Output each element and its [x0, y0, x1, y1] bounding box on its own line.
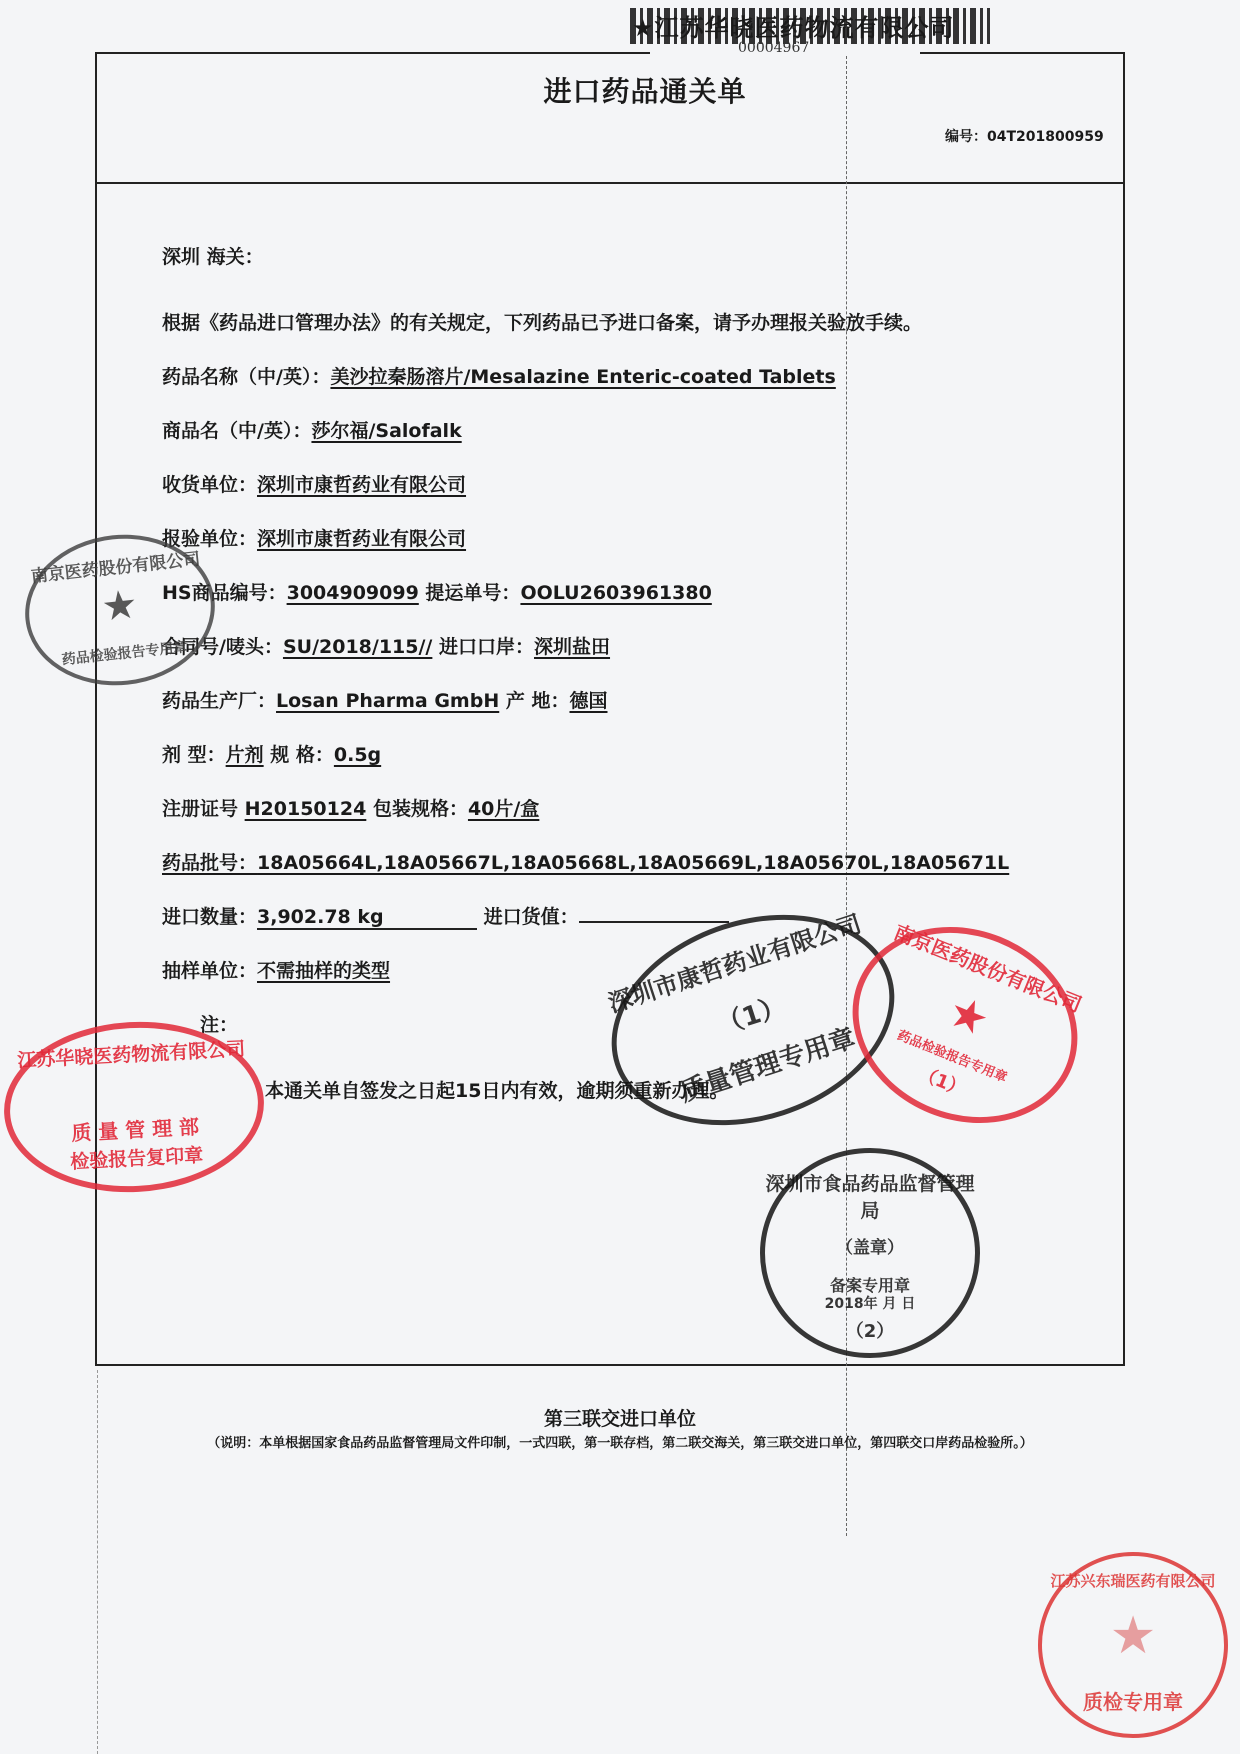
xingdongrui-red-seal: 江苏兴东瑞医药有限公司 ★ 质检专用章	[1038, 1552, 1228, 1738]
trade-name-row: 商品名（中/英）：莎尔福/Salofalk	[162, 416, 462, 443]
contract-value: SU/2018/115//	[283, 636, 432, 658]
package-label: 包装规格：	[373, 798, 468, 820]
bill-of-lading-value: OOLU2603961380	[520, 582, 711, 604]
registration-value: H20150124	[245, 798, 367, 820]
spec-value: 0.5g	[334, 744, 381, 766]
star-icon: ★	[99, 581, 139, 630]
intro-paragraph: 根据《药品进口管理办法》的有关规定，下列药品已予进口备案，请予办理报关验放手续。	[162, 308, 922, 335]
trade-name-value: 莎尔福/Salofalk	[311, 420, 461, 442]
dosage-form-value: 片剂	[226, 744, 264, 766]
drug-name-row: 药品名称（中/英）：美沙拉秦肠溶片/Mesalazine Enteric-coa…	[162, 362, 836, 389]
seal-middle-text: （盖章）	[765, 1233, 975, 1258]
origin-value: 德国	[569, 690, 607, 712]
inspection-applicant-value: 深圳市康哲药业有限公司	[257, 528, 466, 550]
seal-top-text: 深圳市食品药品监督管理局	[765, 1169, 975, 1223]
seal-number: （2）	[765, 1317, 975, 1343]
batch-value: 18A05664L,18A05667L,18A05668L,18A05669L,…	[257, 852, 1009, 874]
drug-name-label: 药品名称（中/英）：	[162, 366, 330, 388]
copy-designation: 第三联交进口单位	[0, 1404, 1240, 1431]
quantity-row: 进口数量：3,902.78 kg 进口货值：	[162, 902, 729, 930]
issuer-line: ★江苏华晓医药物流有限公司	[632, 8, 955, 43]
seal-top-text: 江苏华晓医药物流有限公司	[7, 1034, 256, 1074]
fold-line	[97, 1370, 98, 1754]
port-label: 进口口岸：	[439, 636, 534, 658]
manufacturer-label: 药品生产厂：	[162, 690, 276, 712]
origin-label: 产 地：	[506, 690, 570, 712]
consignee-value: 深圳市康哲药业有限公司	[257, 474, 466, 496]
value-value	[579, 903, 729, 923]
footer-note: （说明：本单根据国家食品药品监督管理局文件印制，一式四联，第一联存档，第二联交海…	[0, 1432, 1240, 1451]
bill-of-lading-label: 提运单号：	[425, 582, 520, 604]
registration-row: 注册证号 H20150124 包装规格：40片/盒	[162, 794, 539, 821]
document-number-label: 编号：	[945, 129, 987, 145]
szfda-black-seal: 深圳市食品药品监督管理局 （盖章） 备案专用章 2018年 月 日 （2）	[760, 1148, 980, 1358]
batch-row: 药品批号：18A05664L,18A05667L,18A05668L,18A05…	[162, 848, 1009, 875]
sampling-label: 抽样单位：	[162, 960, 257, 982]
trade-name-label: 商品名（中/英）：	[162, 420, 311, 442]
header-divider	[95, 182, 1123, 184]
consignee-label: 收货单位：	[162, 474, 257, 496]
dosage-row: 剂 型：片剂 规 格：0.5g	[162, 740, 381, 767]
batch-label: 药品批号：	[162, 852, 257, 874]
addressee: 深圳 海关：	[162, 242, 264, 269]
seal-bottom-text: 质检专用章	[1042, 1686, 1224, 1715]
quantity-label: 进口数量：	[162, 906, 257, 928]
document-number-value: 04T201800959	[987, 129, 1104, 145]
package-value: 40片/盒	[468, 798, 539, 820]
star-icon: ★	[1110, 1606, 1157, 1666]
quantity-value: 3,902.78 kg	[257, 906, 477, 930]
consignee-row: 收货单位：深圳市康哲药业有限公司	[162, 470, 466, 497]
seal-date: 2018年 月 日	[765, 1293, 975, 1313]
registration-label: 注册证号	[162, 798, 238, 820]
spec-label: 规 格：	[270, 744, 334, 766]
seal-top-text: 江苏兴东瑞医药有限公司	[1042, 1570, 1224, 1591]
manufacturer-value: Losan Pharma GmbH	[276, 690, 499, 712]
sampling-value: 不需抽样的类型	[257, 960, 390, 982]
document-title: 进口药品通关单	[0, 70, 1240, 110]
drug-name-value: 美沙拉秦肠溶片/Mesalazine Enteric-coated Tablet…	[330, 366, 835, 388]
star-icon: ★	[941, 985, 997, 1047]
document-number: 编号：04T201800959	[945, 126, 1104, 146]
manufacturer-row: 药品生产厂：Losan Pharma GmbH 产 地：德国	[162, 686, 608, 713]
sampling-row: 抽样单位：不需抽样的类型	[162, 956, 390, 983]
inspection-applicant-row: 报验单位：深圳市康哲药业有限公司	[162, 524, 466, 551]
port-value: 深圳盐田	[534, 636, 610, 658]
dosage-form-label: 剂 型：	[162, 744, 226, 766]
contract-row: 合同号/唛头：SU/2018/115// 进口口岸：深圳盐田	[162, 632, 610, 659]
hs-code-row: HS商品编号：3004909099 提运单号：OOLU2603961380	[162, 578, 712, 605]
seal-top-text: 南京医药股份有限公司	[24, 544, 208, 588]
value-label: 进口货值：	[484, 906, 579, 928]
hs-code-value: 3004909099	[287, 582, 419, 604]
